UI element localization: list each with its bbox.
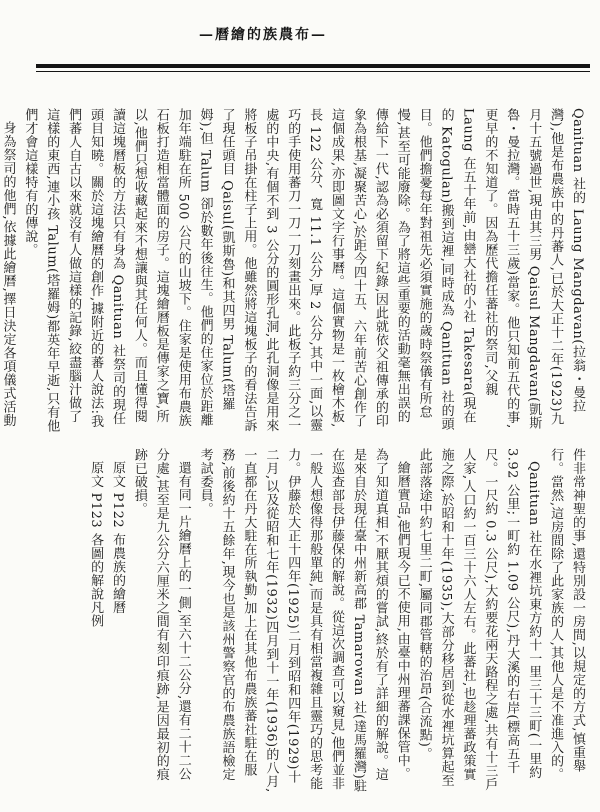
paragraph-5: 還有同一片繪曆上的一側,至六十二公分,還有二十二公分處,甚至是九公分六厘米之間有…	[128, 448, 194, 794]
page-header-title: —曆繪的族農布—	[199, 24, 327, 44]
text-band-top: Qanituan 社的 Laung Mangdavan(拉翁・曼拉灣),他是布農…	[48, 108, 588, 434]
paragraph-3: Qanituan 社在水裡坑東方約十一里三十三町(一里約 3.92 公里;一町約…	[413, 448, 544, 794]
text-band-bottom: 件非常神聖的事,還特別設一房間,以規定的方式,慎重舉行。當然,這房間除了此家族的…	[48, 448, 588, 794]
paragraph-2-start: 身為祭司的他們,依據此繪曆,擇日決定各項儀式活動是一	[0, 108, 18, 434]
reference-line-p123: 原文 P123 各圖的解說凡例	[84, 448, 106, 794]
paragraph-4: 繪曆實品,他們現今已不使用,由臺中州理蕃課保管中。為了知道真相,不厭其煩的嘗試,…	[194, 448, 413, 794]
paragraph-2-continued: 件非常神聖的事,還特別設一房間,以規定的方式,慎重舉行。當然,這房間除了此家族的…	[544, 448, 588, 794]
header-double-rule	[36, 64, 590, 72]
paragraph-1: Qanituan 社的 Laung Mangdavan(拉翁・曼拉灣),他是布農…	[18, 108, 588, 434]
reference-line-p122: 原文 P122 布農族的繪曆	[106, 448, 128, 794]
book-page: —曆繪的族農布— Qanituan 社的 Laung Mangdavan(拉翁・…	[0, 0, 600, 812]
